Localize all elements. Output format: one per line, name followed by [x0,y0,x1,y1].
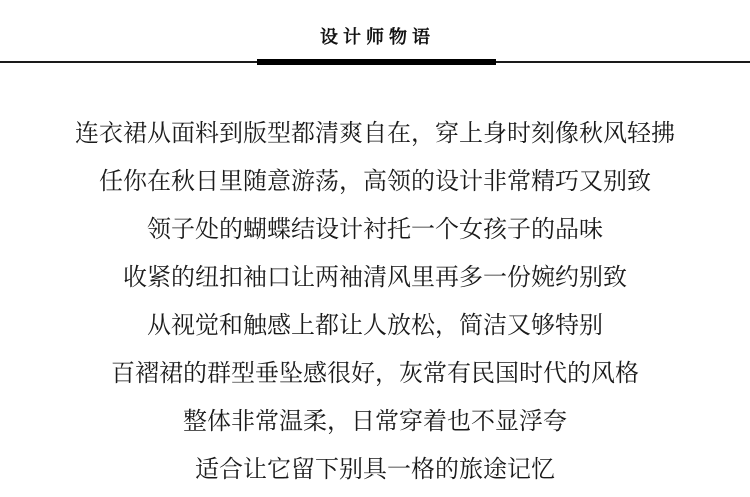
description-line-6: 百褶裙的群型垂坠感很好，灰常有民国时代的风格 [0,349,750,397]
description-line-7: 整体非常温柔，日常穿着也不显浮夸 [0,397,750,445]
description-line-1: 连衣裙从面料到版型都清爽自在，穿上身时刻像秋风轻拂 [0,109,750,157]
section-header: 设计师物语 [0,0,750,70]
description-line-4: 收紧的纽扣袖口让两袖清风里再多一份婉约别致 [0,253,750,301]
description-paragraph: 连衣裙从面料到版型都清爽自在，穿上身时刻像秋风轻拂 任你在秋日里随意游荡，高领的… [0,109,750,493]
header-accent-bar [257,59,496,65]
section-title: 设计师物语 [0,25,750,51]
description-line-8: 适合让它留下别具一格的旅途记忆 [0,445,750,493]
description-line-5: 从视觉和触感上都让人放松，简洁又够特别 [0,301,750,349]
description-line-2: 任你在秋日里随意游荡，高领的设计非常精巧又别致 [0,157,750,205]
description-line-3: 领子处的蝴蝶结设计衬托一个女孩子的品味 [0,205,750,253]
